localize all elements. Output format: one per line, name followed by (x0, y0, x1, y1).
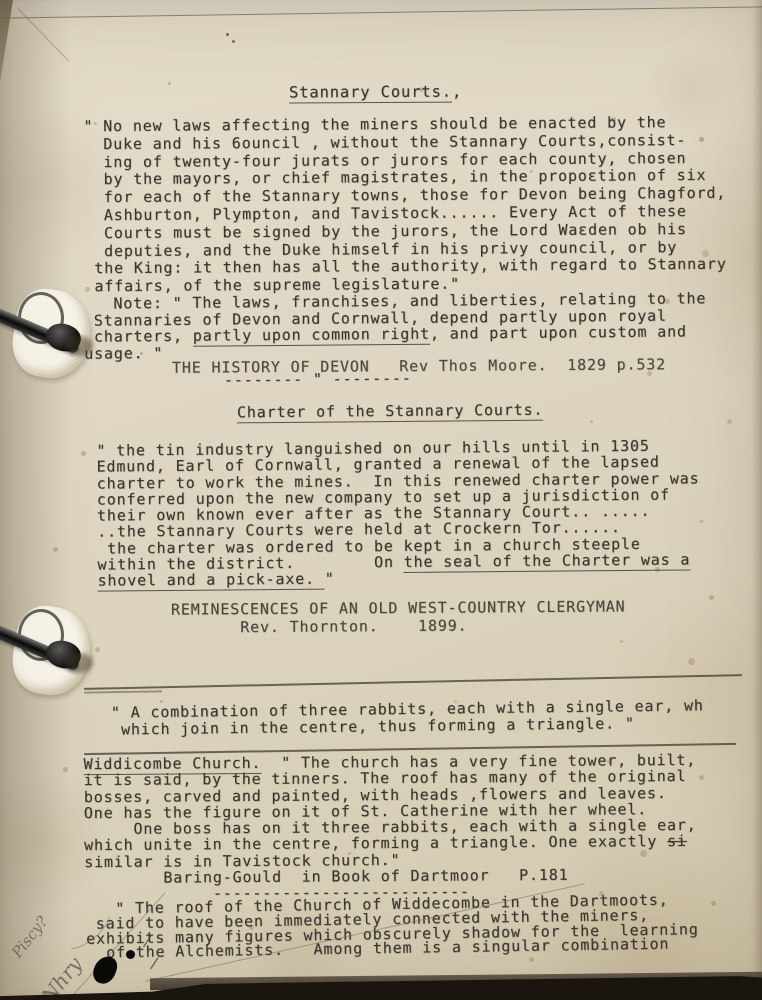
quote-stannary-courts: " No new laws affecting the miners shoul… (83, 114, 726, 296)
quote-three-rabbits: " A combination of three rabbits, each w… (111, 697, 704, 737)
note-laws-franchises: Note: " The laws, franchises, and libert… (84, 290, 707, 362)
quote-charter: " the tin industry languished on our hil… (96, 437, 700, 589)
slash-mark: / (149, 953, 160, 972)
page-top-edge (0, 0, 762, 19)
document-page: Stannary Courts., " No new laws affectin… (0, 0, 762, 1000)
heading-charter-of-stannary-courts: Charter of the Stannary Courts. (237, 402, 543, 421)
horizontal-rule-fragment (84, 690, 162, 693)
horizontal-rule (84, 674, 742, 689)
ink-dot (126, 950, 135, 959)
quote-widdicombe-church: Widdicombe Church. " The church has a ve… (83, 752, 697, 903)
page-right-edge-shadow (752, 0, 762, 1000)
dash-divider: -------- " -------- (224, 370, 412, 388)
page-title: Stannary Courts., (289, 84, 462, 101)
punch-hole-shadow (66, 653, 93, 673)
binding-shadow (0, 0, 70, 1000)
source-reminescences-clergyman: REMINESCENCES OF AN OLD WEST-COUNTRY CLE… (171, 598, 626, 636)
binder-ring-bottom (0, 617, 120, 737)
